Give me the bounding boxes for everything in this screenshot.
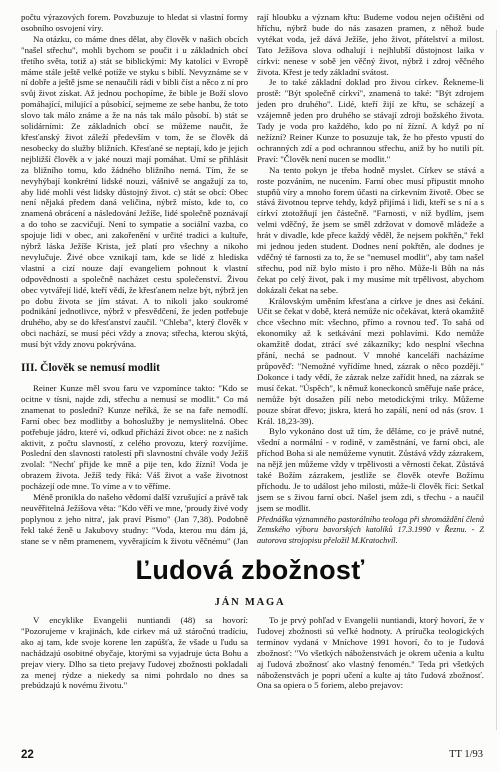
- new-article-columns: V encyklike Evangelii nuntiandi (48) sa …: [0, 615, 500, 727]
- paragraph: Bylo vykonáno dost už tím, že děláme, co…: [257, 426, 484, 513]
- article-title-block: Ľudová zbožnosť JÁN MAGA: [0, 548, 500, 615]
- paragraph: V encyklike Evangelii nuntiandi (48) sa …: [21, 615, 248, 691]
- paragraph: Je to také základní doklad pro živou cír…: [257, 77, 484, 164]
- previous-article-columns: počtu výrazových forem. Povzbuzuje to hl…: [0, 0, 500, 548]
- article-title: Ľudová zbožnosť: [0, 555, 500, 586]
- issue-label: TT 1/93: [449, 749, 483, 760]
- section-heading: III. Člověk se nemusí modlit: [21, 363, 248, 374]
- left-column: počtu výrazových forem. Povzbuzuje to hl…: [21, 12, 248, 548]
- paragraph: Královským uměním křesťana a církve je d…: [257, 296, 484, 427]
- paragraph: rají hloubku a význam křtu: Budeme vodou…: [257, 12, 484, 77]
- article-footnote: Přednáška významného pastorálního teolog…: [257, 515, 484, 548]
- paragraph: Na tento pokyn je třeba hodně myslet. Cí…: [257, 165, 484, 296]
- journal-page: počtu výrazových forem. Povzbuzuje to hl…: [0, 0, 500, 772]
- page-number: 22: [21, 749, 34, 761]
- right-column: To je prvý pohľad v Evangelii nuntiandi,…: [257, 615, 484, 727]
- paragraph: To je prvý pohľad v Evangelii nuntiandi,…: [257, 615, 484, 691]
- paragraph: Méně pronikla do našeho vědomí další vzr…: [21, 492, 248, 548]
- paragraph: Reiner Kunze měl svou faru ve vzpomínce …: [21, 383, 248, 492]
- article-author: JÁN MAGA: [0, 597, 500, 608]
- left-column: V encyklike Evangelii nuntiandi (48) sa …: [21, 615, 248, 727]
- paragraph: počtu výrazových forem. Povzbuzuje to hl…: [21, 12, 248, 34]
- scan-edge-line: [496, 30, 497, 730]
- paragraph: Na otázku, co máme dnes dělat, aby člově…: [21, 34, 248, 350]
- right-column: rají hloubku a význam křtu: Budeme vodou…: [257, 12, 484, 548]
